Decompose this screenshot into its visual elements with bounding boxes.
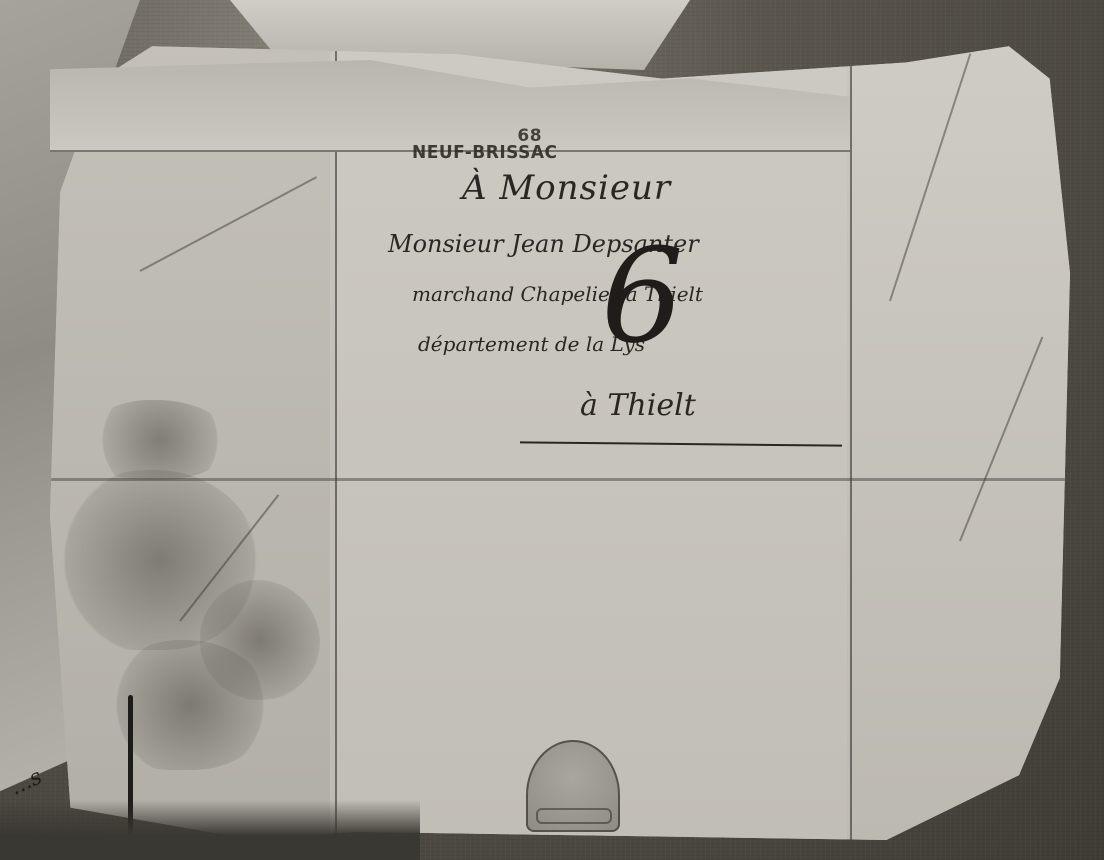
postmark-stamp: 68 NEUF-BRISSAC bbox=[412, 128, 558, 162]
address-salutation: À Monsieur bbox=[462, 168, 671, 208]
postage-due-marking: 6 bbox=[598, 228, 662, 374]
water-stain bbox=[110, 640, 270, 770]
address-destination: à Thielt bbox=[580, 388, 696, 423]
letter-panel-right bbox=[850, 30, 1072, 840]
shadow bbox=[0, 800, 420, 860]
postmark-town: NEUF-BRISSAC bbox=[412, 145, 558, 163]
wax-seal-base bbox=[536, 808, 612, 824]
water-stain bbox=[90, 400, 230, 480]
